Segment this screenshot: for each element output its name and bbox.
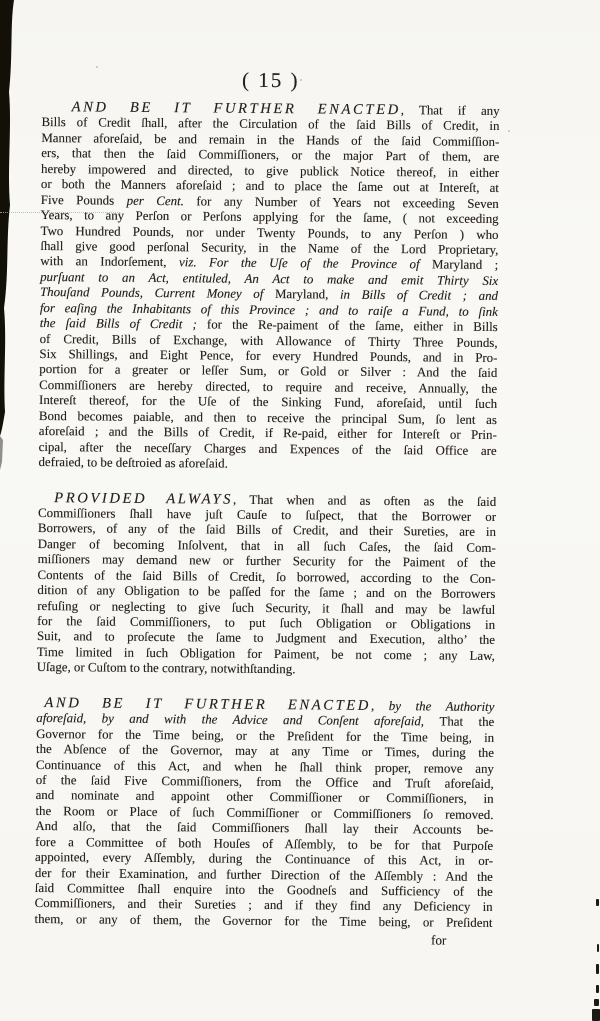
italic-run: by the Authority	[389, 699, 495, 714]
italic-run: Thouſand Pounds, Current Money of	[40, 285, 275, 301]
italic-run: aforeſaid, by and with the Advice and Co…	[36, 711, 439, 729]
text-run: Uſage, or Cuſtom to the contrary, notwit…	[37, 660, 296, 676]
page-edge-mark	[596, 899, 599, 906]
text-run: for any Number of Years not exceeding Se…	[184, 194, 499, 211]
text-block: ( 15 ) AND BE IT FURTHER ENACTED, That i…	[34, 64, 500, 949]
heading-run: PROVIDED ALWAYS	[54, 490, 233, 508]
paragraph: AND BE IT FURTHER ENACTED, That if anyBi…	[38, 100, 499, 474]
text-run: ,	[371, 699, 389, 713]
page-edge-mark	[594, 999, 599, 1006]
catchword-line: for	[34, 929, 492, 948]
page-edge-mark	[596, 985, 599, 993]
paragraph: PROVIDED ALWAYS, That when and as often …	[37, 490, 497, 679]
text-line: them, or any of them, the Governor for t…	[34, 912, 492, 931]
text-run: That the	[439, 715, 494, 729]
text-run: Maryland,	[275, 287, 340, 302]
text-run: Maryland ;	[432, 258, 498, 273]
paper-speck	[508, 130, 510, 132]
text-run: with an Indorſement,	[40, 254, 179, 269]
page-edge-mark	[596, 964, 599, 974]
text-run: , That when and as often as the ſaid	[233, 492, 496, 508]
page-number: ( 15 )	[42, 64, 500, 96]
binding-edge-artifact	[0, 0, 22, 480]
text-run: for the Re-paiment of the ſame, either i…	[197, 317, 498, 334]
scanned-document-page: ( 15 ) AND BE IT FURTHER ENACTED, That i…	[0, 0, 600, 1021]
text-run: , That if any	[401, 103, 500, 118]
italic-run: viz. For the Uſe of the Province of	[179, 256, 432, 272]
text-run: Five Pounds	[41, 193, 127, 208]
page-edge-mark	[597, 944, 599, 952]
catchword: for	[431, 933, 447, 948]
italic-run: in Bills of Credit ; and	[340, 288, 498, 303]
paragraph: AND BE IT FURTHER ENACTED, by the Author…	[34, 696, 494, 932]
text-run: defraied, to be deſtroied as aforeſaid.	[38, 455, 227, 471]
italic-run: the ſaid Bills of Credit ;	[40, 316, 197, 331]
text-run: them, or any of them, the Governor for t…	[34, 912, 492, 930]
page-edge-mark	[592, 1009, 600, 1021]
italic-run: per Cent.	[127, 193, 184, 207]
